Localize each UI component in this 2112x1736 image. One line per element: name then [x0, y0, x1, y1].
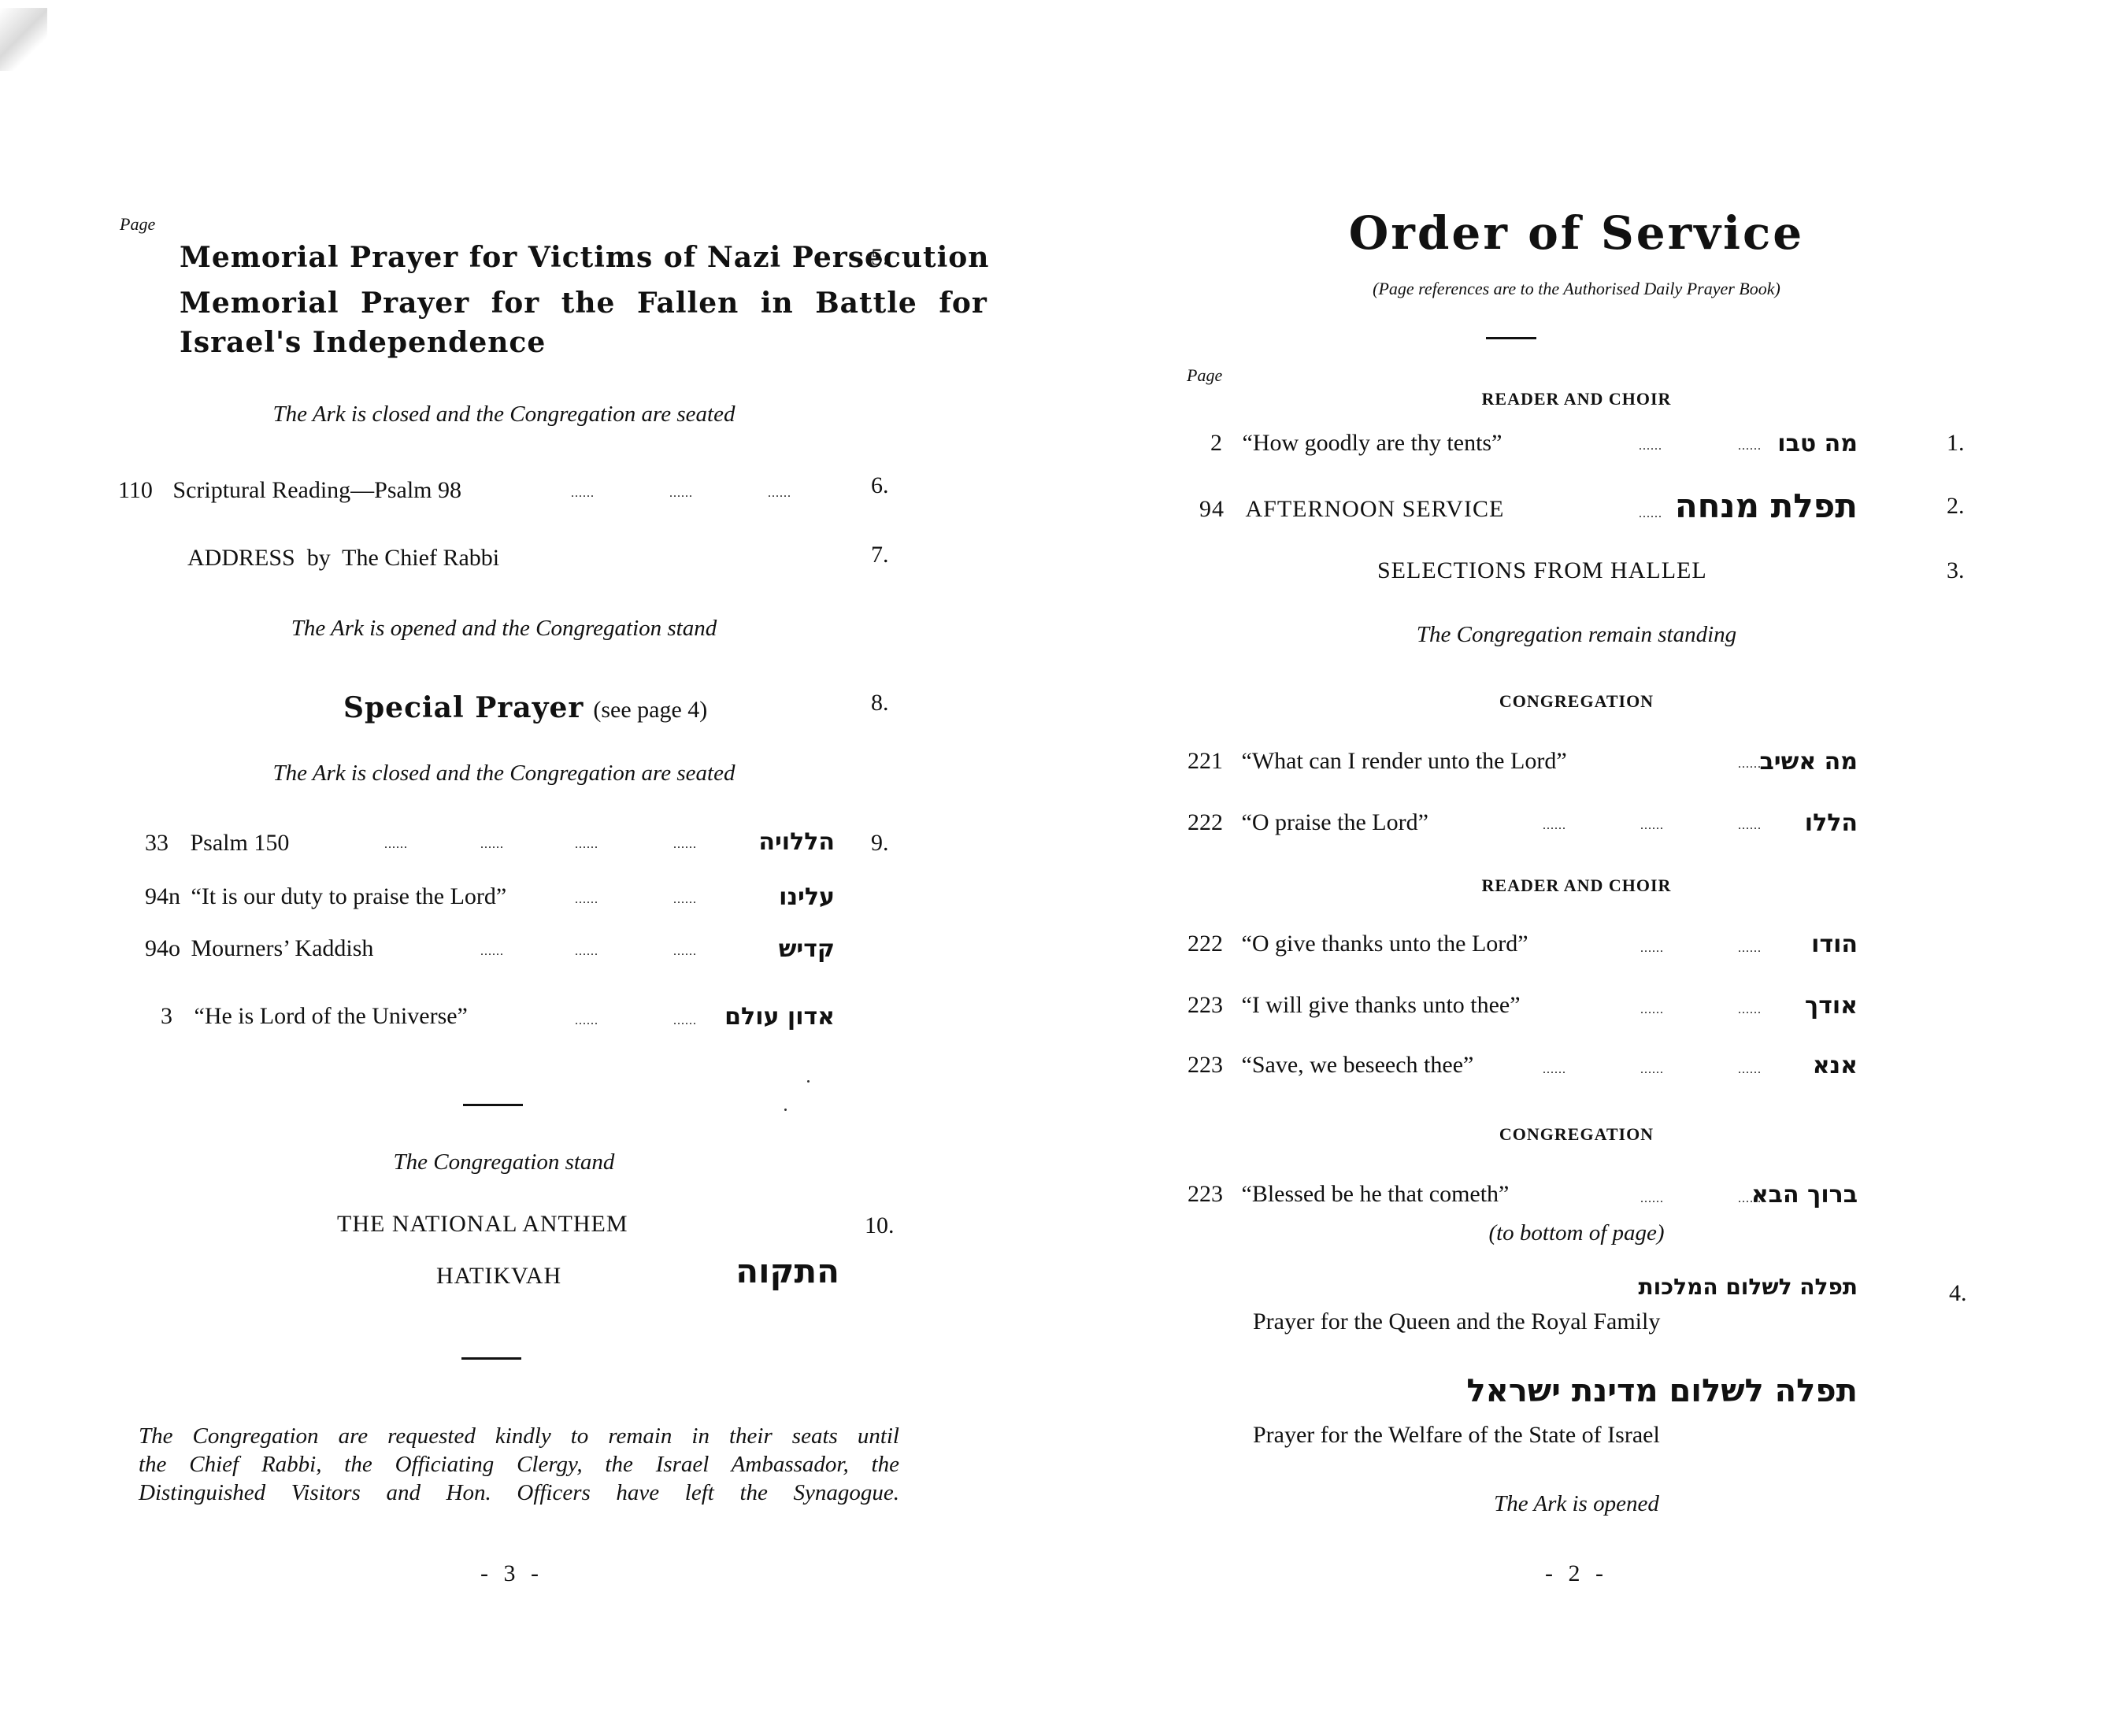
- scan-speck: [784, 1109, 787, 1111]
- hebrew-title: אדון עולם: [724, 1003, 835, 1031]
- section-divider: [461, 1357, 521, 1360]
- list-item-adon-olam: 3 “He is Lord of the Universe”: [161, 1003, 468, 1030]
- prayer-book-page: 33: [145, 830, 169, 856]
- hebrew-title: מה טבו: [1777, 430, 1858, 457]
- prayer-book-page: 223: [1188, 992, 1223, 1018]
- hebrew-title: תפלת מנחה: [1675, 487, 1858, 525]
- memorial-prayer-fallen-line2: Israel's Independence: [180, 326, 546, 359]
- page-subtitle: (Page references are to the Authorised D…: [1056, 279, 2097, 299]
- leader-dots: ......: [575, 945, 598, 959]
- prayer-book-page: 223: [1188, 1052, 1223, 1078]
- leader-dots: ......: [1738, 1063, 1762, 1077]
- leader-dots: ......: [1640, 942, 1664, 956]
- prayer-book-page: 94: [1199, 496, 1225, 522]
- to-bottom-of-page-note: (to bottom of page): [1056, 1220, 2097, 1246]
- list-item-aleinu: 94n “It is our duty to praise the Lord”: [145, 883, 506, 910]
- section-heading-congregation-2: CONGREGATION: [1056, 1124, 2097, 1145]
- hatikvah-hebrew: התקוה: [735, 1252, 839, 1290]
- rubric-congregation-stand: The Congregation stand: [189, 1149, 819, 1175]
- section-heading-reader-choir-2: READER AND CHOIR: [1056, 875, 2097, 896]
- leader-dots: ......: [571, 487, 595, 501]
- page-title: Order of Service: [1056, 206, 2097, 260]
- rubric-ark-closed: The Ark is closed and the Congregation a…: [189, 402, 819, 428]
- scan-speck: [807, 1080, 810, 1083]
- israel-prayer-english: Prayer for the Welfare of the State of I…: [1253, 1422, 1660, 1449]
- list-item-hallelu: 222 “O praise the Lord”: [1188, 809, 1428, 836]
- item-number-5: 5.: [871, 244, 889, 271]
- hebrew-title: עלינו: [779, 883, 835, 911]
- leader-dots: ......: [1639, 439, 1662, 453]
- scan-smudge: [0, 8, 47, 71]
- leader-dots: ......: [1639, 507, 1662, 521]
- leader-dots: ......: [480, 838, 504, 852]
- section-heading-reader-choir: READER AND CHOIR: [1056, 389, 2097, 409]
- selections-from-hallel: SELECTIONS FROM HALLEL: [1377, 557, 1707, 584]
- hebrew-title: קדיש: [779, 935, 835, 963]
- leader-dots: ......: [1738, 439, 1762, 453]
- page-column-label: Page: [120, 214, 155, 235]
- list-item-odcha: 223 “I will give thanks unto thee”: [1188, 992, 1521, 1019]
- leader-dots: ......: [1738, 819, 1762, 833]
- leader-dots: ......: [480, 945, 504, 959]
- item-number-3: 3.: [1947, 557, 1965, 584]
- memorial-prayer-fallen-line1: Memorial Prayer for the Fallen in Battle…: [180, 287, 987, 320]
- leader-dots: ......: [768, 487, 791, 501]
- list-item-mourners-kaddish: 94o Mourners’ Kaddish: [145, 935, 373, 962]
- hebrew-title: אנא: [1813, 1052, 1858, 1079]
- item-title: “What can I render unto the Lord”: [1242, 748, 1567, 774]
- prayer-book-page: 2: [1210, 430, 1222, 456]
- item-number-4: 4.: [1949, 1280, 1967, 1307]
- page-column-label: Page: [1187, 365, 1222, 386]
- closing-line: The Congregation are requested kindly to…: [139, 1422, 899, 1450]
- hebrew-title: הודו: [1811, 931, 1858, 958]
- hebrew-title: אודך: [1805, 992, 1858, 1020]
- leader-dots: ......: [1738, 1003, 1762, 1017]
- leader-dots: ......: [1640, 1192, 1664, 1206]
- page-folio-3: - 3 -: [441, 1560, 583, 1587]
- prayer-book-page: 94o: [145, 935, 180, 961]
- prayer-book-page: 221: [1188, 748, 1223, 774]
- left-page-3: Page Memorial Prayer for Victims of Nazi…: [0, 0, 1056, 1736]
- title-divider: [1486, 337, 1536, 339]
- hebrew-title: הללויה: [758, 828, 835, 856]
- rubric-ark-opened: The Ark is opened and the Congregation s…: [189, 616, 819, 642]
- list-item-mah-tovu: 2 “How goodly are thy tents”: [1210, 430, 1502, 457]
- item-title: AFTERNOON SERVICE: [1246, 496, 1505, 522]
- prayer-book-page: 222: [1188, 809, 1223, 835]
- closing-instructions: The Congregation are requested kindly to…: [139, 1422, 899, 1507]
- closing-line: the Chief Rabbi, the Officiating Clergy,…: [139, 1450, 899, 1479]
- leader-dots: ......: [1640, 1003, 1664, 1017]
- item-title: “Blessed be he that cometh”: [1242, 1181, 1510, 1207]
- item-title: “He is Lord of the Universe”: [195, 1003, 468, 1029]
- list-item-hodu: 222 “O give thanks unto the Lord”: [1188, 931, 1528, 957]
- right-page-2: Order of Service (Page references are to…: [1056, 0, 2112, 1736]
- national-anthem: THE NATIONAL ANTHEM: [337, 1211, 628, 1238]
- prayer-book-page: 223: [1188, 1181, 1223, 1207]
- item-title: “Save, we beseech thee”: [1242, 1052, 1474, 1078]
- leader-dots: ......: [673, 893, 697, 907]
- item-number-9: 9.: [871, 830, 889, 857]
- list-item-afternoon-service: 94 AFTERNOON SERVICE: [1199, 496, 1504, 523]
- leader-dots: ......: [575, 838, 598, 852]
- israel-prayer-hebrew: תפלה לשלום מדינת ישראל: [1466, 1373, 1858, 1409]
- leader-dots: ......: [384, 838, 408, 852]
- memorial-prayer-nazi-victims: Memorial Prayer for Victims of Nazi Pers…: [180, 241, 989, 274]
- leader-dots: ......: [673, 838, 697, 852]
- item-title: Mourners’ Kaddish: [191, 935, 374, 961]
- leader-dots: ......: [1640, 819, 1664, 833]
- leader-dots: ......: [673, 945, 697, 959]
- section-divider: [463, 1104, 523, 1106]
- list-item-mah-ashiv: 221 “What can I render unto the Lord”: [1188, 748, 1567, 775]
- rubric-ark-opened: The Ark is opened: [1056, 1491, 2097, 1517]
- item-number-8: 8.: [871, 690, 889, 716]
- item-number-7: 7.: [871, 542, 889, 568]
- rubric-ark-closed-2: The Ark is closed and the Congregation a…: [189, 761, 819, 787]
- hatikvah: HATIKVAH: [436, 1263, 561, 1290]
- leader-dots: ......: [575, 1014, 598, 1028]
- leader-dots: ......: [673, 1014, 697, 1028]
- item-number-6: 6.: [871, 472, 889, 499]
- rubric-remain-standing: The Congregation remain standing: [1056, 622, 2097, 648]
- page-folio-2: - 2 -: [1506, 1560, 1647, 1587]
- leader-dots: ......: [1543, 819, 1566, 833]
- special-prayer-row: Special Prayer (see page 4): [343, 691, 707, 724]
- section-heading-congregation: CONGREGATION: [1056, 691, 2097, 712]
- item-title: “O praise the Lord”: [1242, 809, 1428, 835]
- item-title: “It is our duty to praise the Lord”: [191, 883, 507, 909]
- list-item-ana: 223 “Save, we beseech thee”: [1188, 1052, 1473, 1079]
- list-item-psalm-150: 33 Psalm 150: [145, 830, 289, 857]
- scriptural-reading-row: 110 Scriptural Reading—Psalm 98: [118, 477, 461, 504]
- hebrew-title: הללו: [1805, 809, 1858, 837]
- prayer-book-page: 222: [1188, 931, 1223, 957]
- item-number-1: 1.: [1947, 430, 1965, 457]
- list-item-baruch-haba: 223 “Blessed be he that cometh”: [1188, 1181, 1509, 1208]
- item-title: “How goodly are thy tents”: [1243, 430, 1502, 456]
- item-title: Psalm 150: [191, 830, 290, 856]
- queen-prayer-english: Prayer for the Queen and the Royal Famil…: [1253, 1308, 1660, 1335]
- item-title: “O give thanks unto the Lord”: [1242, 931, 1528, 957]
- prayer-book-page: 3: [161, 1003, 172, 1029]
- item-number-2: 2.: [1947, 493, 1965, 520]
- leader-dots: ......: [1640, 1063, 1664, 1077]
- hebrew-title: ברוך הבא: [1751, 1181, 1858, 1209]
- leader-dots: ......: [1738, 942, 1762, 956]
- prayer-book-page: 110: [118, 477, 153, 503]
- queen-prayer-hebrew: תפלה לשלום המלכות: [1639, 1274, 1858, 1300]
- leader-dots: ......: [1543, 1063, 1566, 1077]
- item-title: Scriptural Reading—Psalm 98: [172, 477, 461, 503]
- address-chief-rabbi: ADDRESS by The Chief Rabbi: [187, 545, 499, 572]
- prayer-book-page: 94n: [145, 883, 180, 909]
- leader-dots: ......: [669, 487, 693, 501]
- item-title: “I will give thanks unto thee”: [1242, 992, 1521, 1018]
- leader-dots: ......: [575, 893, 598, 907]
- special-prayer-title: Special Prayer: [343, 691, 584, 724]
- hebrew-title: מה אשיב: [1760, 748, 1858, 775]
- item-number-10: 10.: [865, 1212, 895, 1239]
- leader-dots: ......: [1738, 757, 1762, 772]
- special-prayer-ref: (see page 4): [593, 697, 707, 723]
- closing-line: Distinguished Visitors and Hon. Officers…: [139, 1479, 899, 1507]
